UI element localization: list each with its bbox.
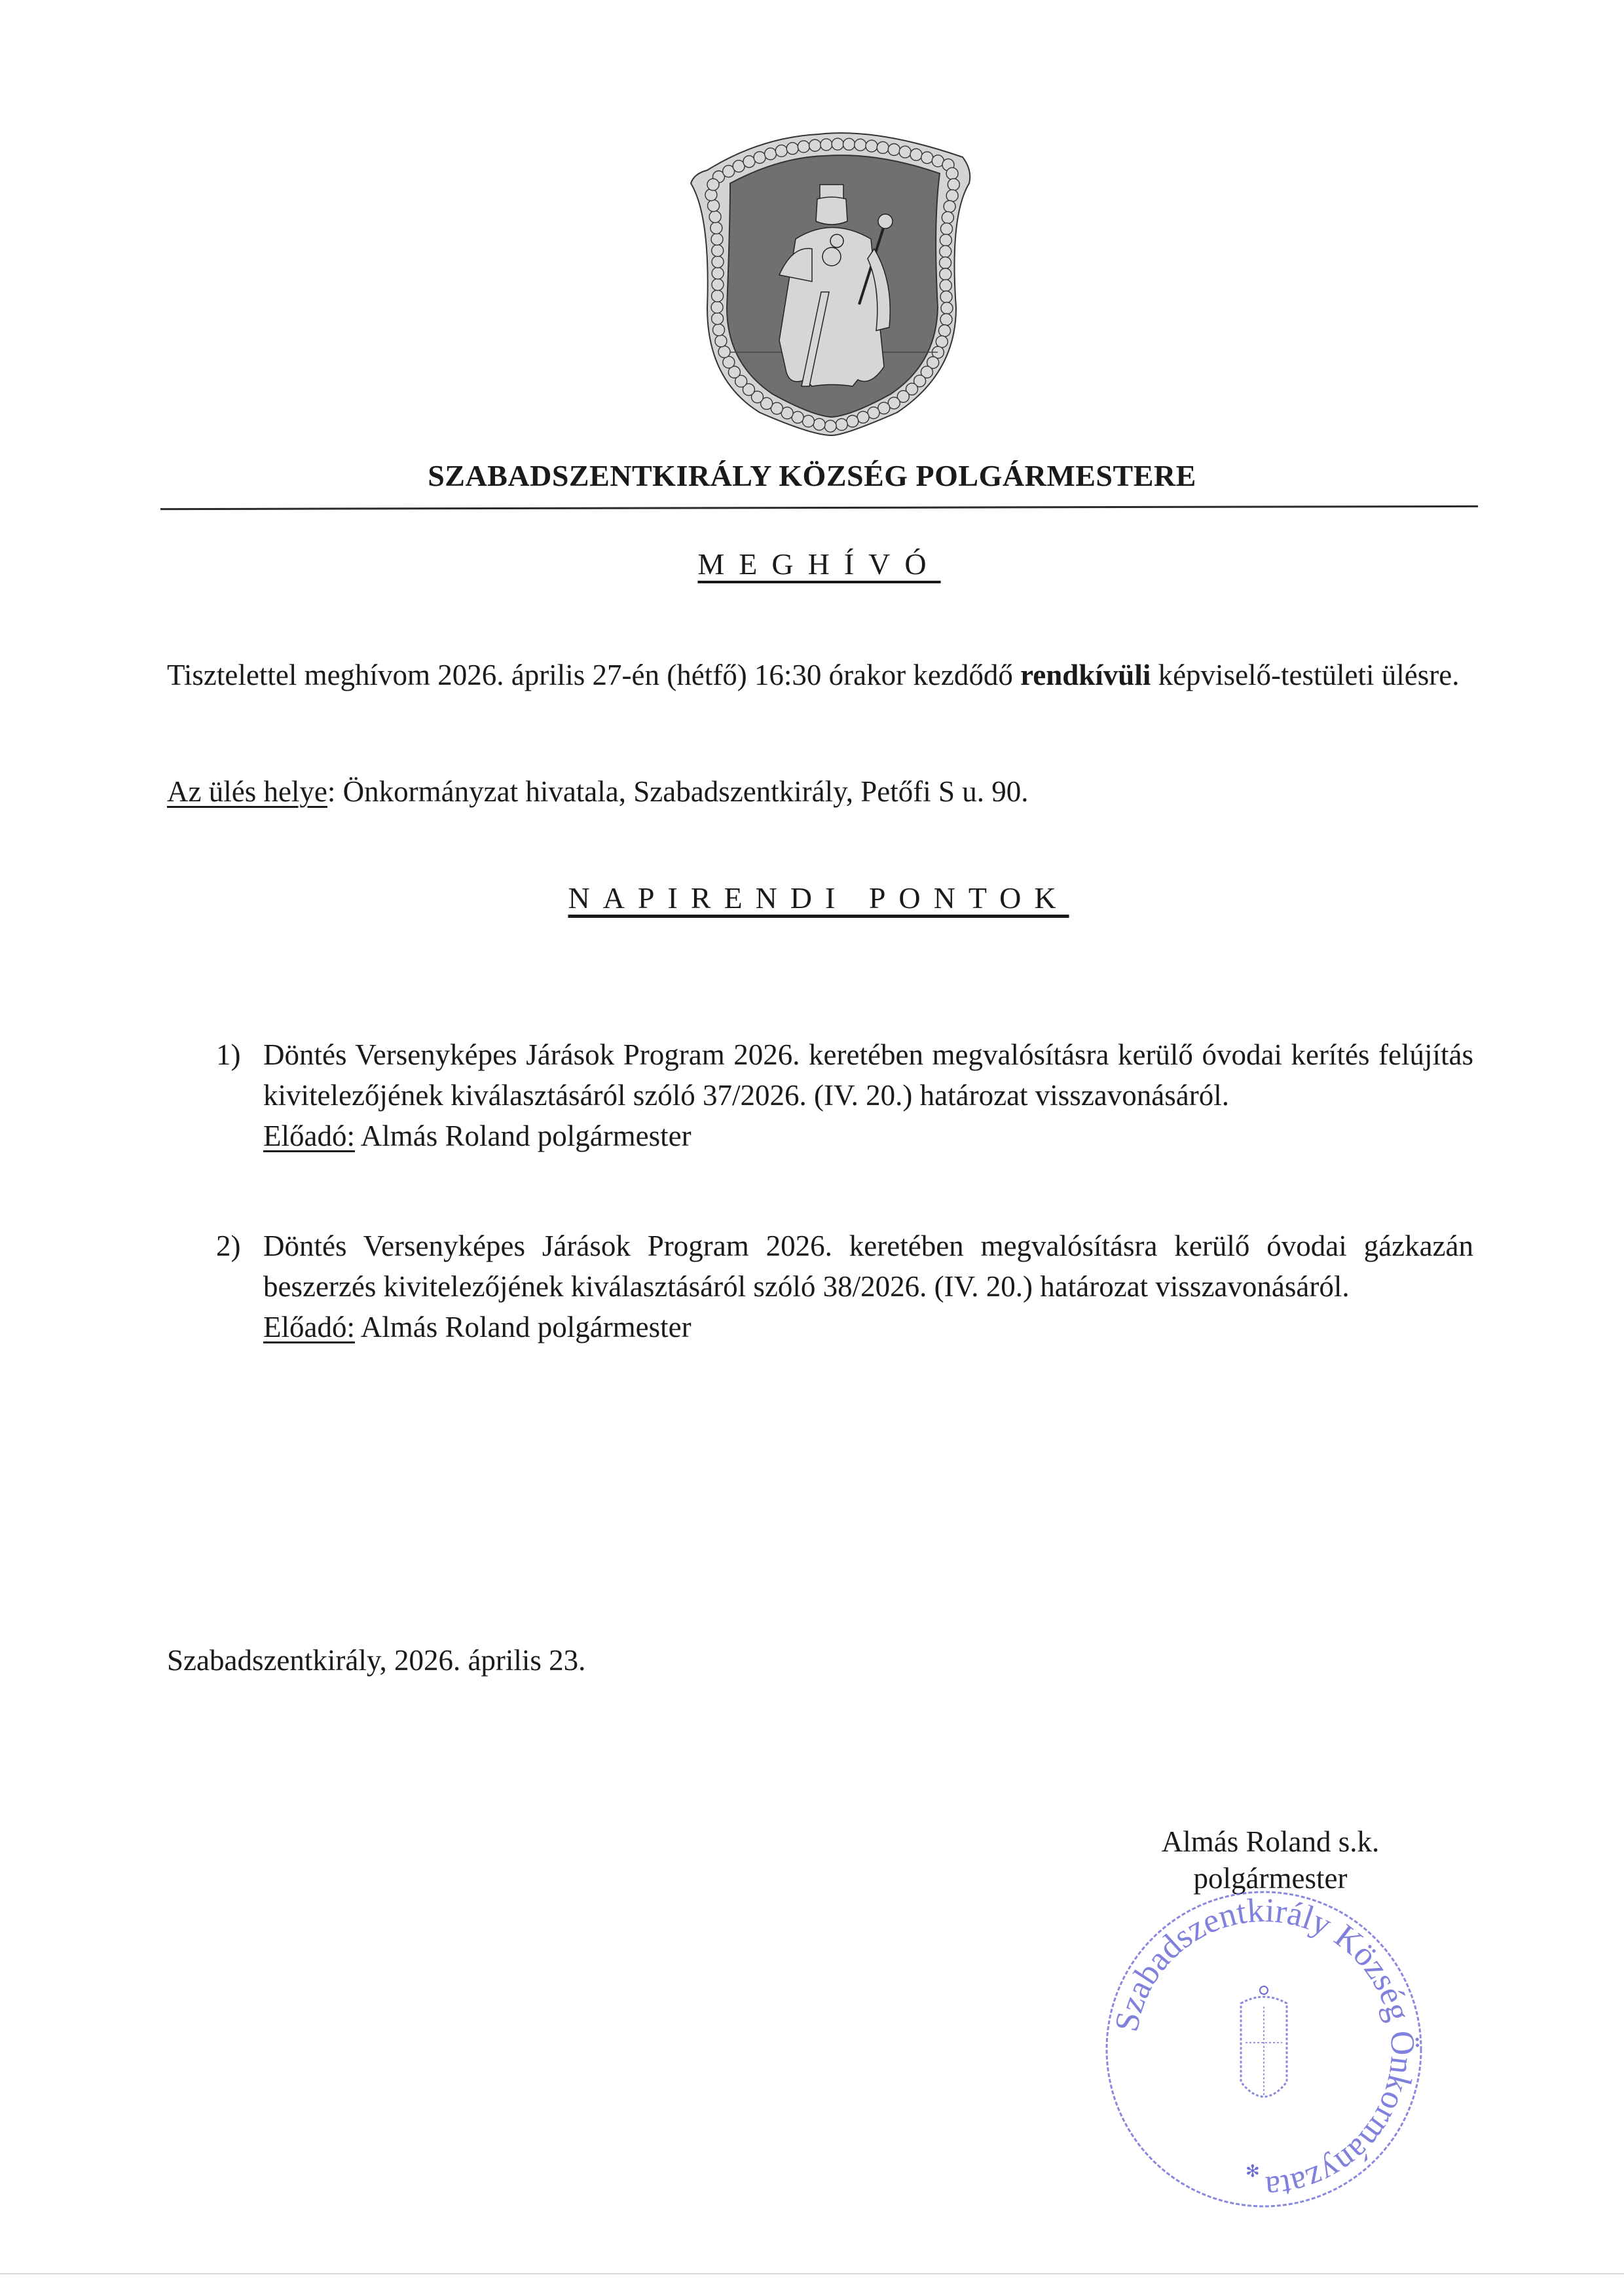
presenter-name: Almás Roland polgármester [355, 1311, 692, 1343]
document-title: MEGHÍVÓ [0, 547, 1624, 581]
document-title-text: MEGHÍVÓ [683, 547, 940, 581]
presenter-name: Almás Roland polgármester [355, 1120, 692, 1152]
agenda-item-presenter: Előadó: Almás Roland polgármester [263, 1307, 1473, 1347]
intro-text-end: képviselő-testületi ülésre. [1151, 659, 1459, 691]
header-divider [160, 505, 1478, 510]
intro-text: Tisztelettel meghívom 2026. április 27-é… [167, 659, 1020, 691]
issuer-heading: SZABADSZENTKIRÁLY KÖZSÉG POLGÁRMESTERE [0, 458, 1624, 493]
presenter-label: Előadó: [263, 1311, 355, 1343]
svg-text:✻: ✻ [1246, 2162, 1260, 2181]
agenda-title-text: NAPIRENDI PONTOK [555, 881, 1069, 915]
agenda-item-presenter: Előadó: Almás Roland polgármester [263, 1116, 1473, 1156]
meeting-location: Az ülés helye: Önkormányzat hivatala, Sz… [167, 771, 1473, 812]
presenter-label: Előadó: [263, 1120, 355, 1152]
invitation-paragraph: Tisztelettel meghívom 2026. április 27-é… [167, 655, 1473, 695]
agenda-item: 1) Döntés Versenyképes Járások Program 2… [216, 1034, 1473, 1156]
agenda-item: 2) Döntés Versenyképes Járások Program 2… [216, 1226, 1473, 1347]
place-and-date: Szabadszentkirály, 2026. április 23. [167, 1640, 585, 1681]
page-edge [0, 2273, 1624, 2274]
svg-text:Szabadszentkirály Község Önkor: Szabadszentkirály Község Önkormányzata [1108, 1892, 1422, 2207]
official-stamp-icon: Szabadszentkirály Község Önkormányzata ✻ [1100, 1886, 1428, 2213]
agenda-item-text: Döntés Versenyképes Járások Program 2026… [263, 1034, 1473, 1116]
coat-of-arms-icon [681, 111, 982, 439]
signatory-name: Almás Roland s.k. [1087, 1823, 1454, 1860]
intro-bold-text: rendkívüli [1020, 659, 1151, 691]
location-value: : Önkormányzat hivatala, Szabadszentkirá… [327, 775, 1029, 808]
agenda-item-number: 1) [216, 1034, 262, 1075]
agenda-item-text: Döntés Versenyképes Járások Program 2026… [263, 1226, 1473, 1307]
agenda-item-number: 2) [216, 1226, 262, 1266]
location-label: Az ülés helye [167, 775, 327, 808]
stamp-text: Szabadszentkirály Község Önkormányzata [1108, 1892, 1422, 2207]
agenda-title: NAPIRENDI PONTOK [0, 881, 1624, 915]
